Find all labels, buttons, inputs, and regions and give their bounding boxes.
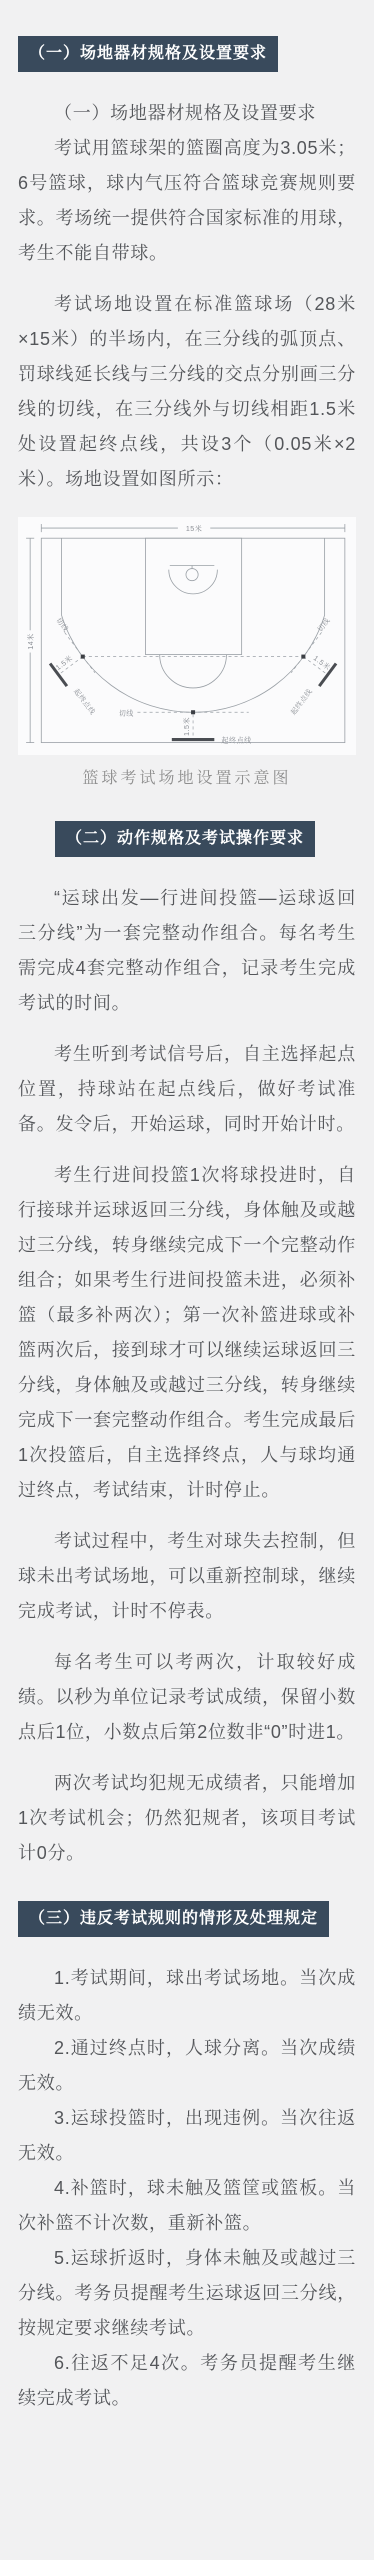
right-intersection-dot bbox=[301, 655, 305, 659]
no-charge-arc bbox=[169, 570, 218, 594]
section2-paragraph-shooting: 考生行进间投篮1次将球投进时，自行接球并运球返回三分线，身体触及或越过三分线，转… bbox=[18, 1158, 356, 1508]
section2-paragraph-combo: “运球出发—行进间投篮—运球返回三分线”为一套完整动作组合。每名考生需完成4套完… bbox=[18, 881, 356, 1021]
right-start-finish-label: 起终点线 bbox=[289, 687, 314, 717]
bottom-start-point-group: 切线 1.5米 起终点线 bbox=[119, 708, 252, 744]
violation-item-4: 4.补篮时，球未触及篮筐或篮板。当次补篮不计次数，重新补篮。 bbox=[18, 2171, 356, 2241]
diagram-caption: 篮球考试场地设置示意图 bbox=[18, 767, 356, 791]
section1-paragraph-court-setup: 考试场地设置在标准篮球场（28米×15米）的半场内，在三分线的弧顶点、罚球线延长… bbox=[18, 287, 356, 497]
section1-subheading: （一）场地器材规格及设置要求 bbox=[18, 96, 356, 131]
left-intersection-dot bbox=[81, 655, 85, 659]
bottom-tangent-label: 切线 bbox=[119, 708, 134, 717]
section2-paragraph-ball-control: 考试过程中，考生对球失去控制，但球未出考试场地，可以重新控制球，继续完成考试，计… bbox=[18, 1524, 356, 1629]
left-tangent-label: 切线 bbox=[54, 616, 70, 634]
three-point-line bbox=[62, 538, 325, 712]
left-start-finish-label: 起终点线 bbox=[72, 687, 97, 717]
bottom-distance-label: 1.5米 bbox=[182, 717, 191, 736]
apex-dot bbox=[191, 710, 195, 714]
court-diagram: 15米 14米 切线 bbox=[18, 517, 356, 755]
key-area bbox=[146, 538, 242, 654]
violation-item-1: 1.考试期间，球出考试场地。当次成绩无效。 bbox=[18, 1961, 356, 2031]
right-distance-label: 1.5米 bbox=[312, 653, 333, 672]
right-tangent-label: 切线 bbox=[315, 616, 331, 634]
court-height-label: 14米 bbox=[26, 633, 35, 649]
left-start-point-group: 切线 1.5米 起终点线 bbox=[50, 616, 97, 716]
violation-item-2: 2.通过终点时，人球分离。当次成绩无效。 bbox=[18, 2031, 356, 2101]
article: （一）场地器材规格及设置要求 （一）场地器材规格及设置要求 考试用篮球架的篮圈高… bbox=[0, 0, 374, 2416]
violation-item-5: 5.运球折返时，身体未触及或越过三分线。考务员提醒考生运球返回三分线，按规定要求… bbox=[18, 2241, 356, 2346]
right-start-point-group: 切线 1.5米 起终点线 bbox=[289, 616, 336, 716]
basket-hoop-icon bbox=[186, 569, 198, 581]
section2-paragraph-scoring: 每名考生可以考两次，计取较好成绩。以秒为单位记录考试成绩，保留小数点后1位，小数… bbox=[18, 1645, 356, 1750]
court-width-label: 15米 bbox=[186, 524, 202, 533]
violation-list: 1.考试期间，球出考试场地。当次成绩无效。 2.通过终点时，人球分离。当次成绩无… bbox=[18, 1961, 356, 2416]
section2-header-row: （二）动作规格及考试操作要求 bbox=[55, 821, 356, 857]
section2-paragraph-foul: 两次考试均犯规无成绩者，只能增加1次考试机会；仍然犯规者，该项目考试计0分。 bbox=[18, 1766, 356, 1871]
section1-badge: （一）场地器材规格及设置要求 bbox=[18, 36, 278, 72]
section3-header-row: （三）违反考试规则的情形及处理规定 bbox=[18, 1901, 356, 1937]
section2-paragraph-start: 考生听到考试信号后，自主选择起点位置，持球站在起点线后，做好考试准备。发令后，开… bbox=[18, 1037, 356, 1142]
court-diagram-svg: 15米 14米 切线 bbox=[18, 521, 356, 751]
section1-paragraph-equipment: 考试用篮球架的篮圈高度为3.05米；6号篮球，球内气压符合篮球竞赛规则要求。考场… bbox=[18, 131, 356, 271]
section2-badge: （二）动作规格及考试操作要求 bbox=[55, 821, 315, 857]
section3-badge: （三）违反考试规则的情形及处理规定 bbox=[18, 1901, 329, 1937]
free-throw-semicircle bbox=[160, 655, 227, 688]
violation-item-6: 6.往返不足4次。考务员提醒考生继续完成考试。 bbox=[18, 2346, 356, 2416]
left-distance-label: 1.5米 bbox=[54, 653, 75, 672]
violation-item-3: 3.运球投篮时，出现违例。当次往返无效。 bbox=[18, 2101, 356, 2171]
bottom-start-finish-label: 起终点线 bbox=[221, 736, 251, 745]
section1-header-row: （一）场地器材规格及设置要求 bbox=[18, 36, 356, 72]
